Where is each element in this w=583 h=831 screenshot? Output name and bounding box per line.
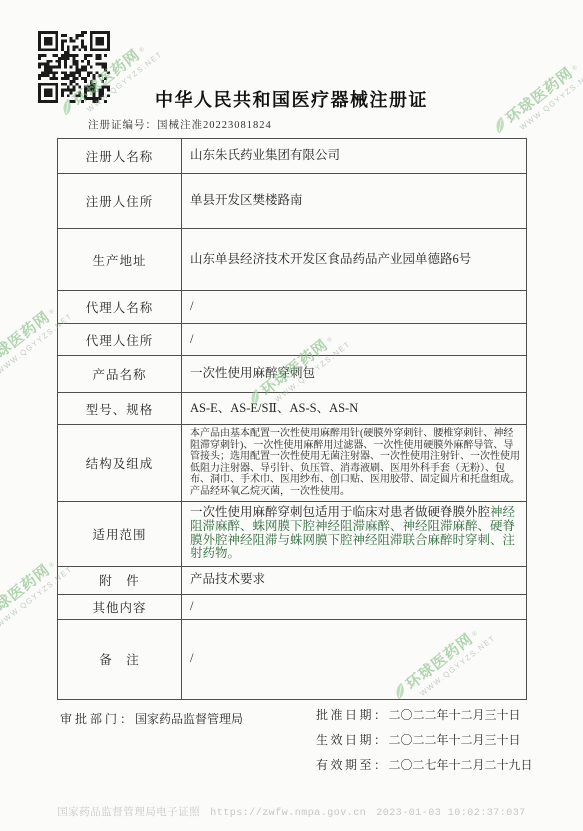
effective-date-label: 生效日期： (316, 733, 389, 747)
row-label: 型号、规格 (58, 393, 182, 425)
registered-trademark-icon: ® (47, 560, 56, 570)
approve-date: 批准日期：二〇二二年十二月三十日 (316, 706, 533, 723)
row-value: 本产品由基本配置一次性使用麻醉用针(硬膜外穿刺针、腰椎穿刺针、神经阻滞穿刺针)、… (182, 425, 527, 502)
approval-department-value: 国家药品监督管理局 (135, 712, 243, 726)
e-license-footer: 国家药品监督管理局电子证照https://zwfw.nmpa.gov.cn202… (0, 804, 583, 819)
certificate-title: 中华人民共和国医疗器械注册证 (0, 86, 583, 112)
row-label: 其他内容 (58, 594, 182, 619)
e-license-url: https://zwfw.nmpa.gov.cn (210, 808, 366, 819)
leaf-icon (490, 115, 511, 136)
row-label: 产品名称 (58, 356, 182, 393)
row-value: / (182, 324, 527, 356)
row-label: 生产地址 (58, 229, 182, 291)
registration-number-label: 注册证编号： (88, 120, 157, 131)
watermark-name: 环球医药网 (0, 559, 54, 625)
table-row: 结构及组成本产品由基本配置一次性使用麻醉用针(硬膜外穿刺针、腰椎穿刺针、神经阻滞… (58, 425, 527, 502)
effective-date-value: 二〇二二年十二月三十日 (389, 733, 521, 747)
table-row: 附 件产品技术要求 (58, 566, 527, 594)
row-value: 一次性使用麻醉穿刺包 (182, 356, 527, 393)
table-row: 代理人名称/ (58, 291, 527, 324)
scope-text-start: 一次性使用麻醉穿刺包适用于临床对患者做硬脊膜外腔 (190, 505, 490, 519)
approve-date-value: 二〇二二年十二月三十日 (389, 708, 521, 722)
row-label: 代理人住所 (58, 324, 182, 356)
table-row: 产品名称一次性使用麻醉穿刺包 (58, 356, 527, 393)
row-value: / (182, 619, 527, 699)
certificate-page: 中华人民共和国医疗器械注册证 注册证编号：国械注准20223081824 注册人… (0, 0, 583, 831)
table-row: 代理人住所/ (58, 324, 527, 356)
registered-trademark-icon: ® (570, 63, 579, 73)
expiry-date-label: 有效期至： (316, 758, 389, 772)
approval-department-label: 审批部门： (60, 712, 135, 726)
e-license-label: 国家药品监督管理局电子证照 (57, 807, 200, 818)
approve-date-label: 批准日期： (316, 708, 389, 722)
row-label: 代理人名称 (58, 291, 182, 324)
table-row: 适用范围一次性使用麻醉穿刺包适用于临床对患者做硬脊膜外腔神经阻滞麻醉、蛛网膜下腔… (58, 501, 527, 566)
row-label: 备 注 (58, 619, 182, 699)
row-value: / (182, 291, 527, 324)
row-label: 注册人名称 (58, 139, 182, 174)
registration-number: 注册证编号：国械注准20223081824 (88, 117, 272, 132)
row-label: 附 件 (58, 566, 182, 594)
row-label: 适用范围 (58, 501, 182, 566)
row-label: 结构及组成 (58, 425, 182, 502)
certificate-table: 注册人名称山东朱氏药业集团有限公司 注册人住所单县开发区樊楼路南 生产地址山东单… (57, 138, 527, 700)
table-row: 备 注/ (58, 619, 527, 699)
watermark-name: 环球医药网 (0, 306, 54, 372)
row-value: 单县开发区樊楼路南 (182, 174, 527, 229)
table-row: 生产地址山东单县经济技术开发区食品药品产业园单德路6号 (58, 229, 527, 291)
row-label: 注册人住所 (58, 174, 182, 229)
table-row: 注册人住所单县开发区樊楼路南 (58, 174, 527, 229)
row-value: AS-E、AS-E/SⅡ、AS-S、AS-N (182, 393, 527, 425)
row-value: / (182, 594, 527, 619)
e-license-timestamp: 2023-01-03 10:02:37:037 (376, 808, 526, 819)
row-value: 山东单县经济技术开发区食品药品产业园单德路6号 (182, 229, 527, 291)
expiry-date-value: 二〇二七年十二月二十九日 (389, 758, 533, 772)
approval-department: 审批部门：国家药品监督管理局 (60, 710, 243, 727)
registered-trademark-icon: ® (137, 45, 146, 55)
effective-date: 生效日期：二〇二二年十二月三十日 (316, 731, 533, 748)
registration-number-value: 国械注准20223081824 (157, 120, 272, 131)
table-row: 其他内容/ (58, 594, 527, 619)
row-value: 一次性使用麻醉穿刺包适用于临床对患者做硬脊膜外腔神经阻滞麻醉、蛛网膜下腔神经阻滞… (182, 501, 527, 566)
registered-trademark-icon: ® (47, 307, 56, 317)
date-block: 批准日期：二〇二二年十二月三十日 生效日期：二〇二二年十二月三十日 有效期至：二… (316, 706, 533, 781)
row-value: 山东朱氏药业集团有限公司 (182, 139, 527, 174)
table-row: 注册人名称山东朱氏药业集团有限公司 (58, 139, 527, 174)
table-row: 型号、规格AS-E、AS-E/SⅡ、AS-S、AS-N (58, 393, 527, 425)
row-value: 产品技术要求 (182, 566, 527, 594)
expiry-date: 有效期至：二〇二七年十二月二十九日 (316, 756, 533, 773)
